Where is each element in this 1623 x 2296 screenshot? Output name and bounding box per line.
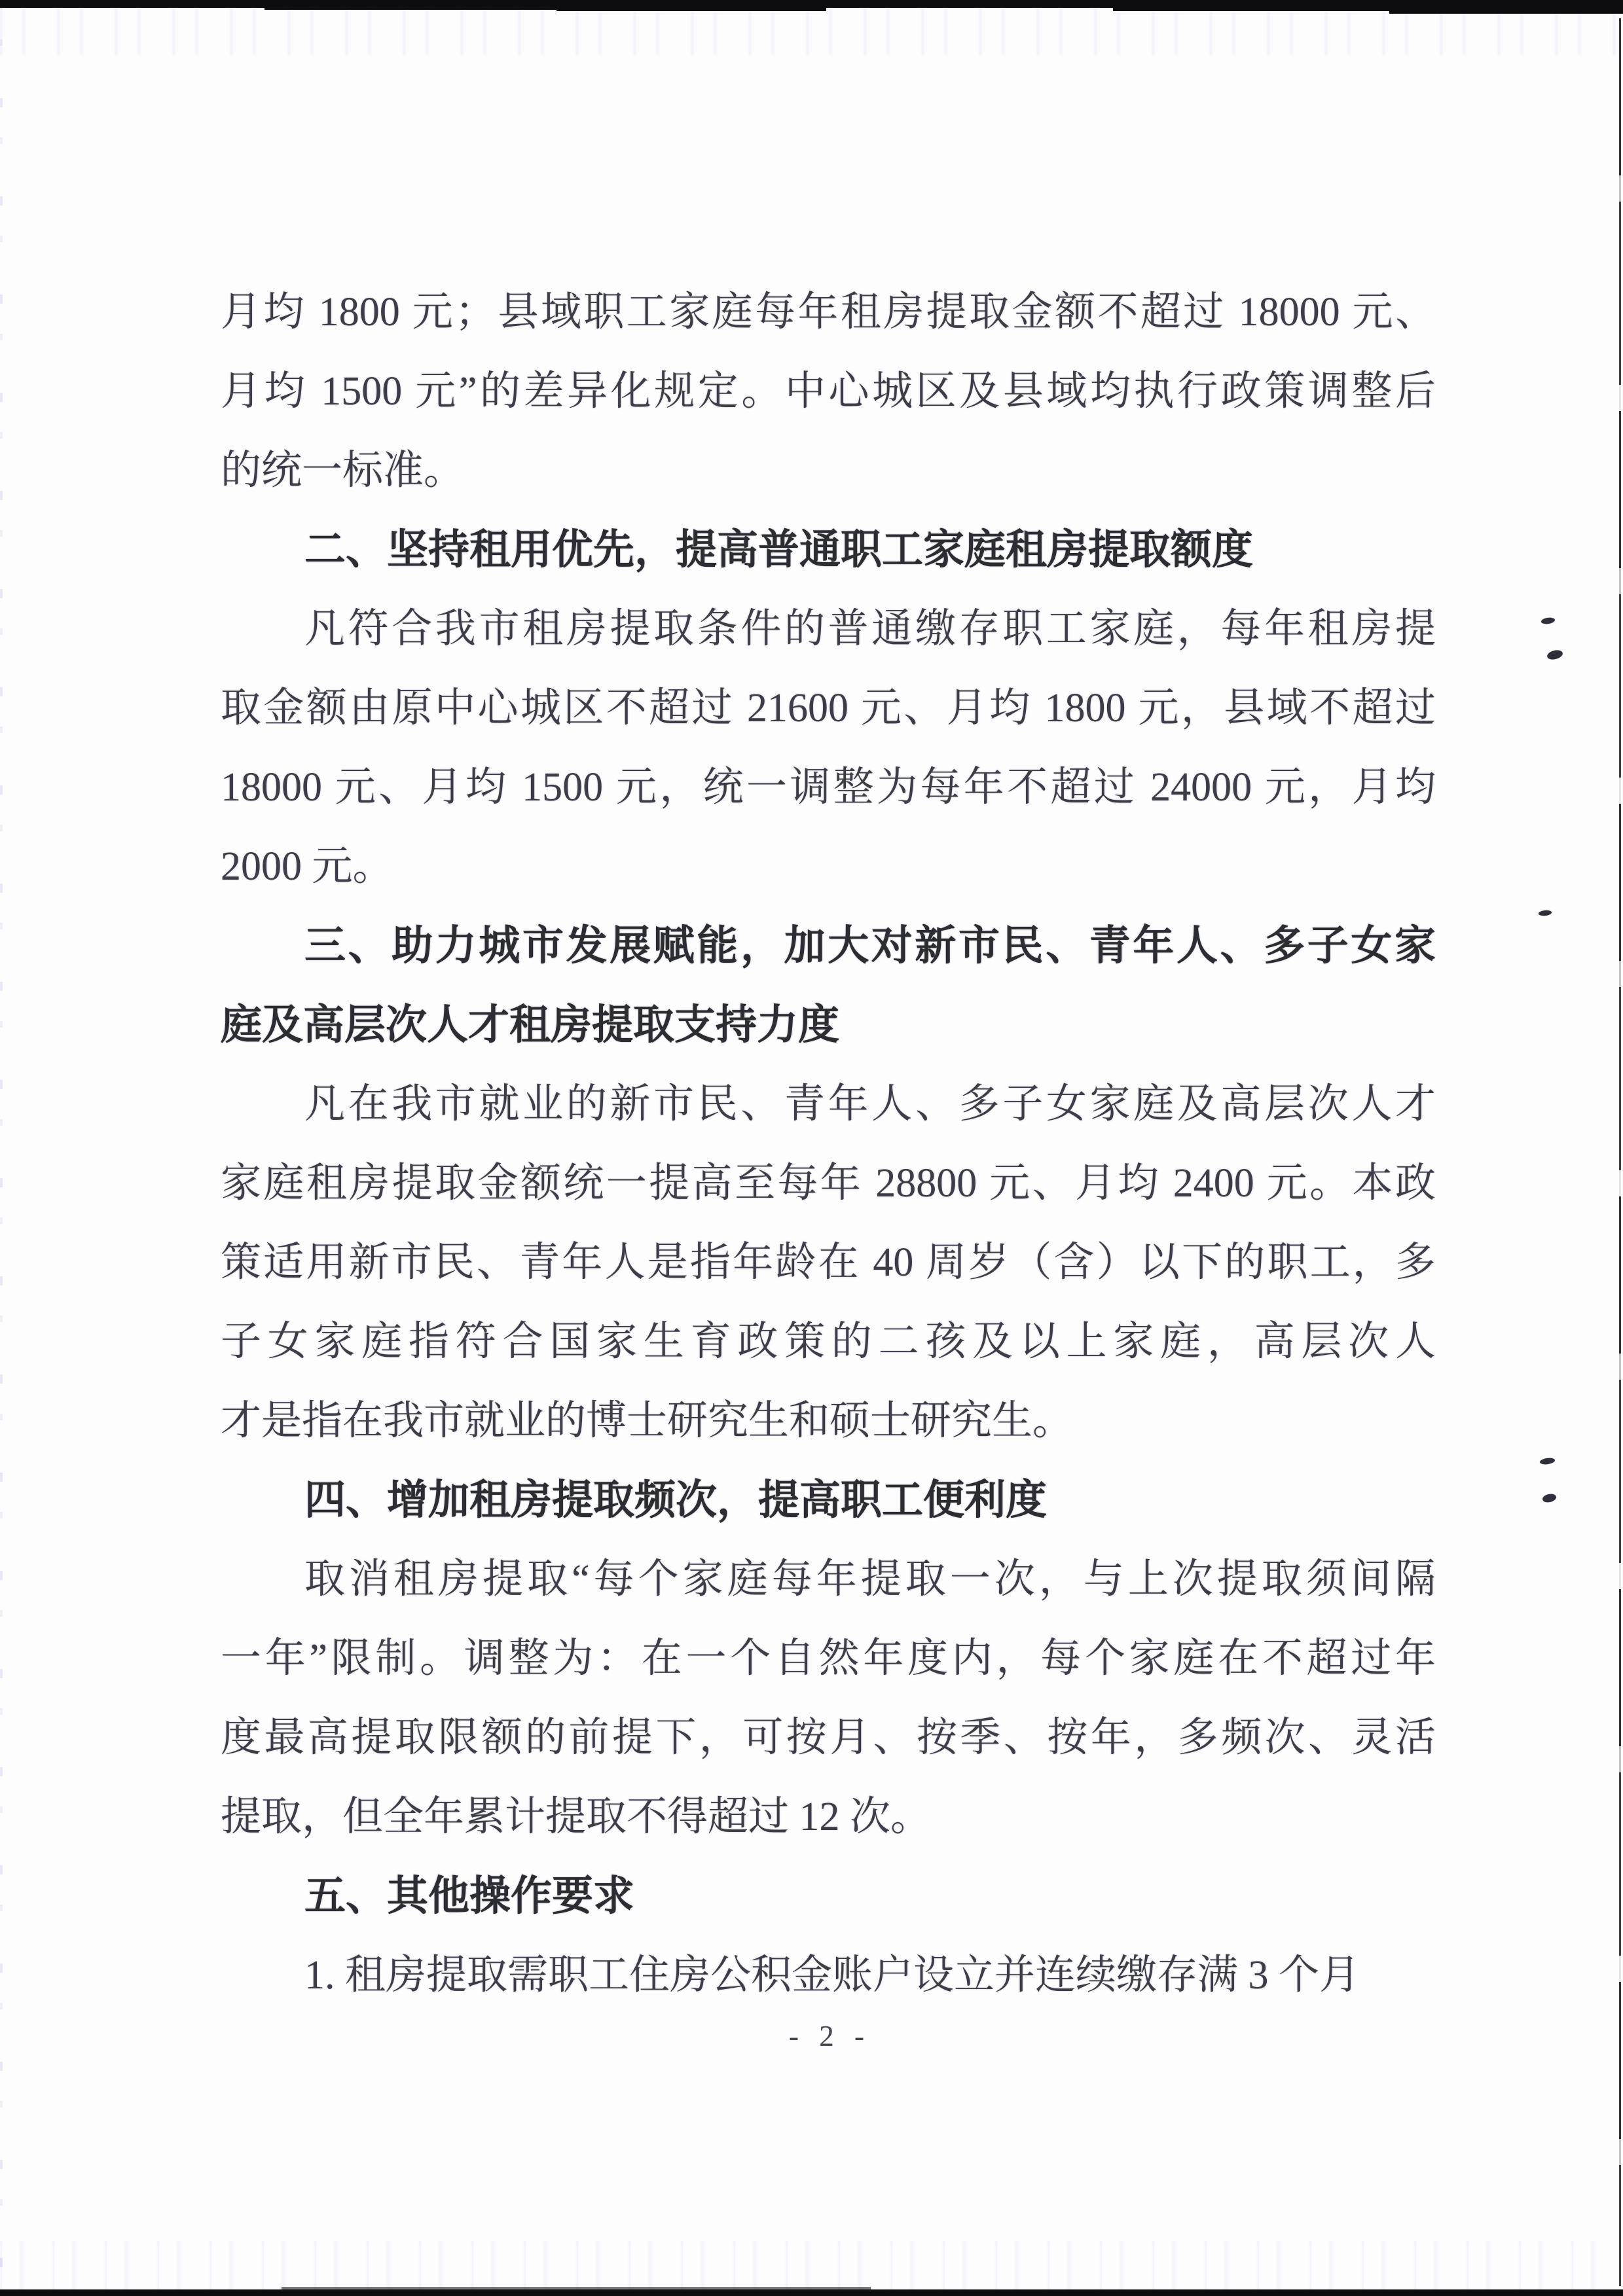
text-line: 凡在我市就业的新市民、青年人、多子女家庭及高层次人才	[221, 1065, 1436, 1144]
heading-line: 四、增加租房提取频次，提高职工便利度	[221, 1461, 1436, 1540]
text-line: 一年”限制。调整为：在一个自然年度内，每个家庭在不超过年	[221, 1619, 1436, 1698]
text-line: 18000 元、月均 1500 元，统一调整为每年不超过 24000 元，月均	[221, 748, 1436, 827]
heading-line: 二、坚持租用优先，提高普通职工家庭租房提取额度	[221, 511, 1436, 590]
scan-artifact-top-edge	[556, 0, 826, 11]
text-line: 策适用新市民、青年人是指年龄在 40 周岁（含）以下的职工，多	[221, 1223, 1436, 1302]
heading-line: 三、助力城市发展赋能，加大对新市民、青年人、多子女家	[221, 906, 1436, 986]
scan-speck	[1539, 1457, 1555, 1465]
text-line: 的统一标准。	[221, 431, 1436, 511]
scan-artifact-top-edge	[0, 0, 264, 8]
heading-line: 庭及高层次人才租房提取支持力度	[221, 986, 1436, 1065]
text-line: 才是指在我市就业的博士研究生和硕士研究生。	[221, 1382, 1436, 1461]
text-line: 凡符合我市租房提取条件的普通缴存职工家庭，每年租房提	[221, 590, 1436, 669]
page-number: - 2 -	[18, 2018, 1623, 2054]
text-line: 度最高提取限额的前提下，可按月、按季、按年，多频次、灵活	[221, 1698, 1436, 1778]
text-line: 提取，但全年累计提取不得超过 12 次。	[221, 1778, 1436, 1857]
scan-noise-top	[0, 8, 1623, 55]
heading-line: 五、其他操作要求	[221, 1857, 1436, 1936]
text-line: 月均 1800 元；县域职工家庭每年租房提取金额不超过 18000 元、	[221, 273, 1436, 352]
document-text-block: 月均 1800 元；县域职工家庭每年租房提取金额不超过 18000 元、月均 1…	[221, 273, 1436, 2015]
scan-speck	[1541, 617, 1555, 625]
scanned-document-page: 月均 1800 元；县域职工家庭每年租房提取金额不超过 18000 元、月均 1…	[0, 0, 1623, 2296]
scan-artifact-top-edge	[826, 0, 1113, 8]
scan-artifact-top-edge	[1113, 0, 1389, 11]
scan-artifact-right-edge-line	[1619, 18, 1621, 2286]
text-line: 1. 租房提取需职工住房公积金账户设立并连续缴存满 3 个月	[221, 1936, 1436, 2015]
text-line: 家庭租房提取金额统一提高至每年 28800 元、月均 2400 元。本政	[221, 1144, 1436, 1223]
scan-noise-left-edge	[0, 0, 3, 2296]
text-line: 取消租房提取“每个家庭每年提取一次，与上次提取须间隔	[221, 1540, 1436, 1619]
scan-noise-bottom	[0, 2241, 1623, 2289]
text-line: 2000 元。	[221, 827, 1436, 906]
scan-speck	[1542, 1493, 1557, 1503]
scan-speck	[1546, 649, 1563, 660]
scan-artifact-top-edge	[1389, 0, 1623, 14]
scan-speck	[1539, 910, 1552, 916]
scan-artifact-bottom-edge	[282, 2287, 871, 2291]
text-line: 月均 1500 元”的差异化规定。中心城区及县域均执行政策调整后	[221, 352, 1436, 431]
text-line: 子女家庭指符合国家生育政策的二孩及以上家庭，高层次人	[221, 1302, 1436, 1382]
text-line: 取金额由原中心城区不超过 21600 元、月均 1800 元，县域不超过	[221, 669, 1436, 748]
scan-artifact-top-edge	[264, 0, 556, 10]
